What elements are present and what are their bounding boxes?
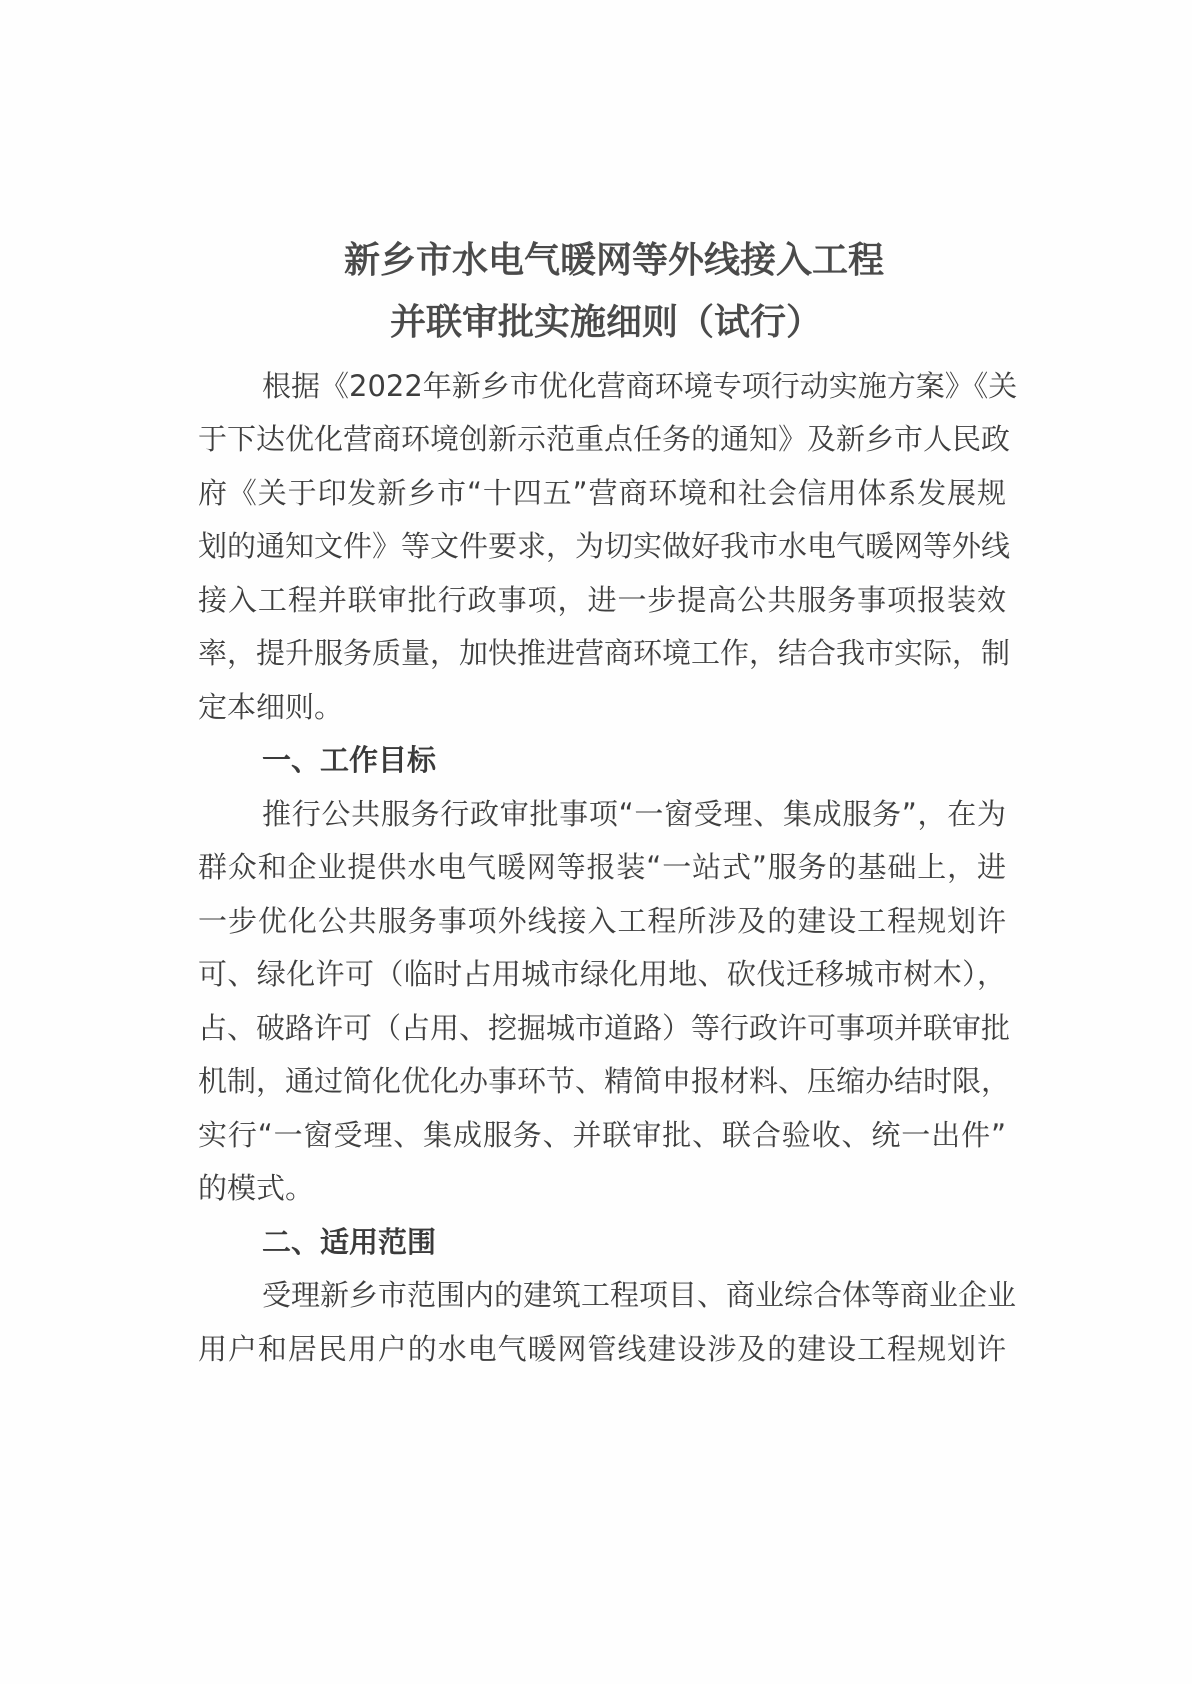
section-1-line: 一步优化公共服务事项外线接入工程所涉及的建设工程规划许 xyxy=(198,901,1006,941)
section-1-line: 推行公共服务行政审批事项“一窗受理、集成服务”，在为 xyxy=(262,794,1006,834)
preamble-line: 定本细则。 xyxy=(198,687,343,727)
section-2-line: 用户和居民用户的水电气暖网管线建设涉及的建设工程规划许 xyxy=(198,1329,1006,1369)
section-1-line: 占、破路许可（占用、挖掘城市道路）等行政许可事项并联审批 xyxy=(198,1008,1006,1048)
preamble-line: 根据《2022年新乡市优化营商环境专项行动实施方案》《关 xyxy=(262,366,1006,406)
document-title-line-2: 并联审批实施细则（试行） xyxy=(10,300,1192,344)
preamble-line: 接入工程并联审批行政事项，进一步提高公共服务事项报装效 xyxy=(198,580,1006,620)
preamble-line: 率，提升服务质量，加快推进营商环境工作，结合我市实际，制 xyxy=(198,633,1006,673)
section-heading-work-goals: 一、工作目标 xyxy=(262,740,436,780)
section-2-line: 受理新乡市范围内的建筑工程项目、商业综合体等商业企业 xyxy=(262,1275,1006,1315)
document-page: 新乡市水电气暖网等外线接入工程 并联审批实施细则（试行） 根据《2022年新乡市… xyxy=(0,0,1192,1684)
section-1-line: 实行“一窗受理、集成服务、并联审批、联合验收、统一出件” xyxy=(198,1115,1006,1155)
preamble-line: 于下达优化营商环境创新示范重点任务的通知》及新乡市人民政 xyxy=(198,419,1006,459)
section-1-line: 的模式。 xyxy=(198,1168,314,1208)
preamble-line: 府《关于印发新乡市“十四五”营商环境和社会信用体系发展规 xyxy=(198,473,1006,513)
section-1-line: 群众和企业提供水电气暖网等报装“一站式”服务的基础上，进 xyxy=(198,847,1006,887)
section-heading-scope: 二、适用范围 xyxy=(262,1222,436,1262)
document-title-line-1: 新乡市水电气暖网等外线接入工程 xyxy=(18,238,1192,282)
section-1-line: 机制，通过简化优化办事环节、精简申报材料、压缩办结时限， xyxy=(198,1061,1006,1101)
section-1-line: 可、绿化许可（临时占用城市绿化用地、砍伐迁移城市树木）， xyxy=(198,954,1006,994)
preamble-line: 划的通知文件》等文件要求，为切实做好我市水电气暖网等外线 xyxy=(198,526,1006,566)
